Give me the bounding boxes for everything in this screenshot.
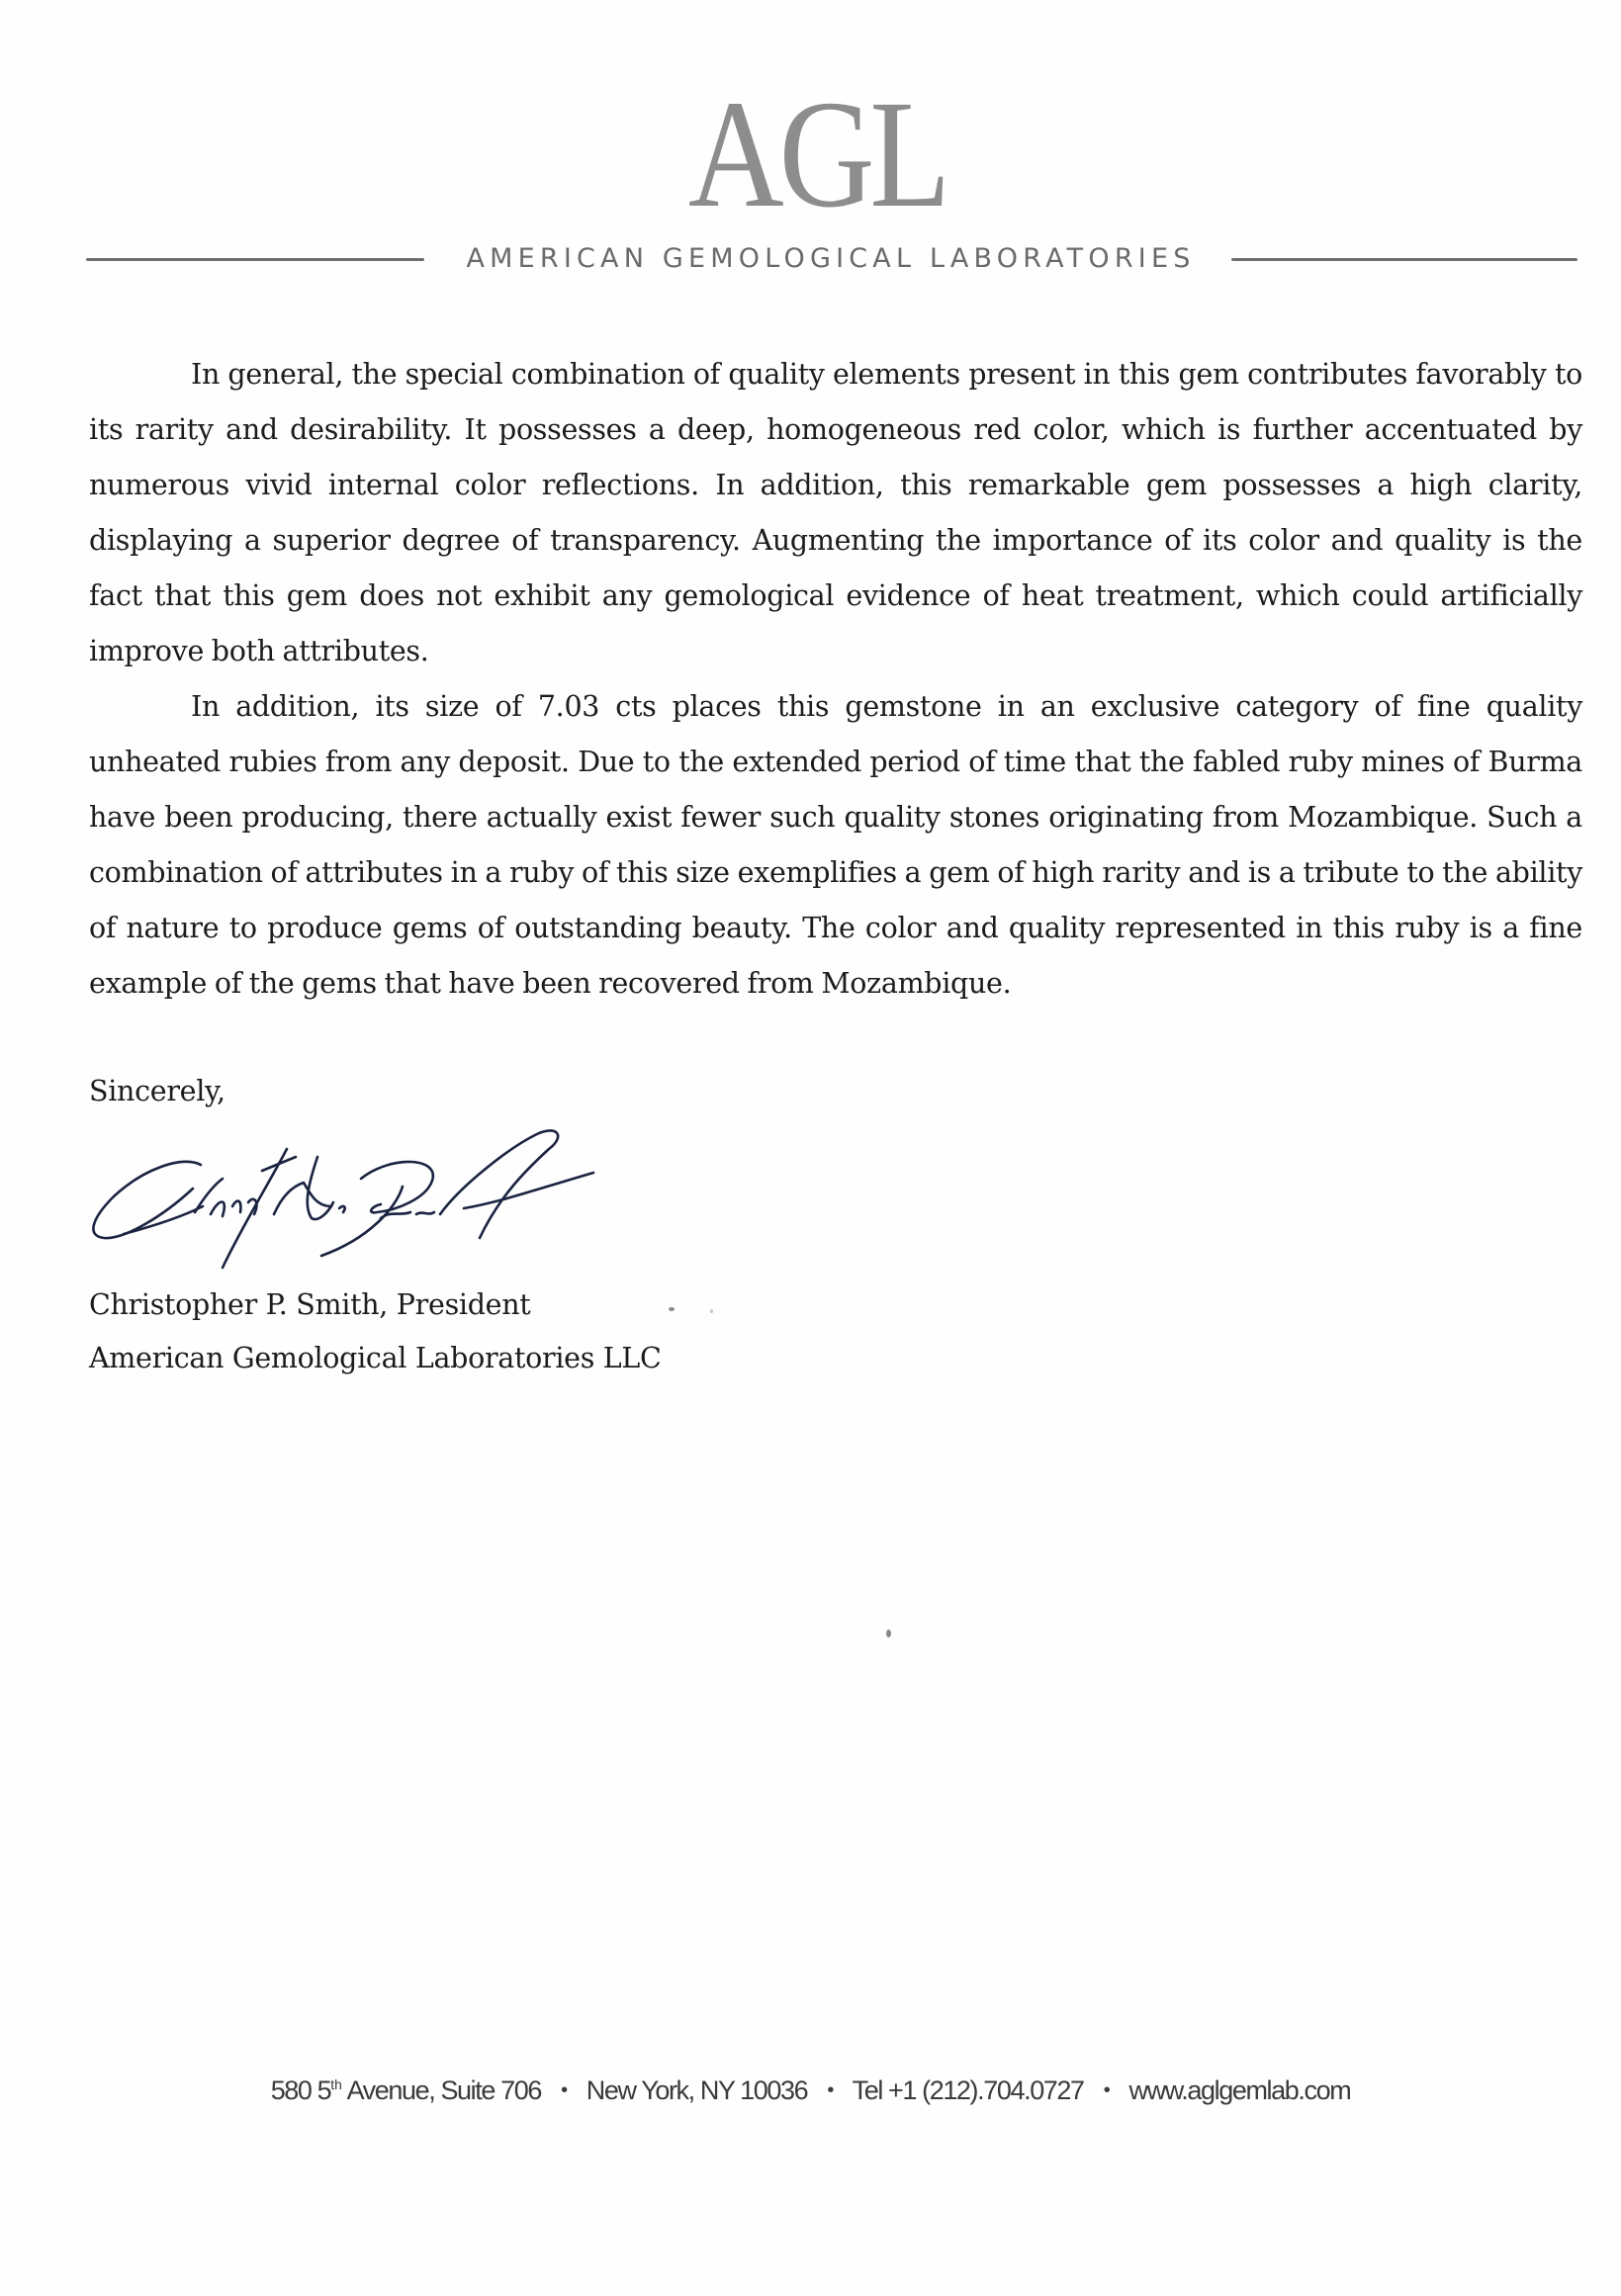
footer-street: Avenue, Suite 706 — [342, 2075, 541, 2105]
paper-speck — [669, 1307, 675, 1311]
letter-body: In general, the special combination of q… — [89, 347, 1582, 1012]
right-rule-divider — [1231, 258, 1577, 261]
paper-speck — [886, 1630, 891, 1637]
footer-phone: Tel +1 (212).704.0727 — [853, 2075, 1084, 2105]
bullet-separator: • — [1104, 2071, 1110, 2110]
footer-street-superscript: th — [330, 2076, 342, 2092]
paper-speck — [710, 1309, 713, 1313]
bullet-separator: • — [827, 2071, 833, 2110]
signature-image — [84, 1127, 598, 1276]
salutation: Sincerely, — [89, 1072, 225, 1111]
agl-logo: AGL — [120, 77, 1514, 231]
organization-name: AMERICAN GEMOLOGICAL LABORATORIES — [440, 241, 1221, 277]
left-rule-divider — [86, 258, 424, 261]
paragraph-2: In addition, its size of 7.03 cts places… — [89, 679, 1582, 1012]
footer-city: New York, NY 10036 — [586, 2075, 807, 2105]
bullet-separator: • — [561, 2071, 567, 2110]
letterhead-banner: AMERICAN GEMOLOGICAL LABORATORIES — [0, 241, 1621, 277]
paragraph-1: In general, the special combination of q… — [89, 347, 1582, 679]
signer-organization: American Gemological Laboratories LLC — [89, 1339, 662, 1378]
logo-text: AGL — [688, 77, 946, 231]
letterhead-footer: 580 5th Avenue, Suite 706 • New York, NY… — [0, 2065, 1621, 2110]
footer-street-number: 580 5 — [271, 2075, 331, 2105]
footer-website: www.aglgemlab.com — [1129, 2075, 1351, 2105]
signer-name-title: Christopher P. Smith, President — [89, 1285, 530, 1325]
letter-page: AGL AMERICAN GEMOLOGICAL LABORATORIES In… — [0, 0, 1621, 2296]
